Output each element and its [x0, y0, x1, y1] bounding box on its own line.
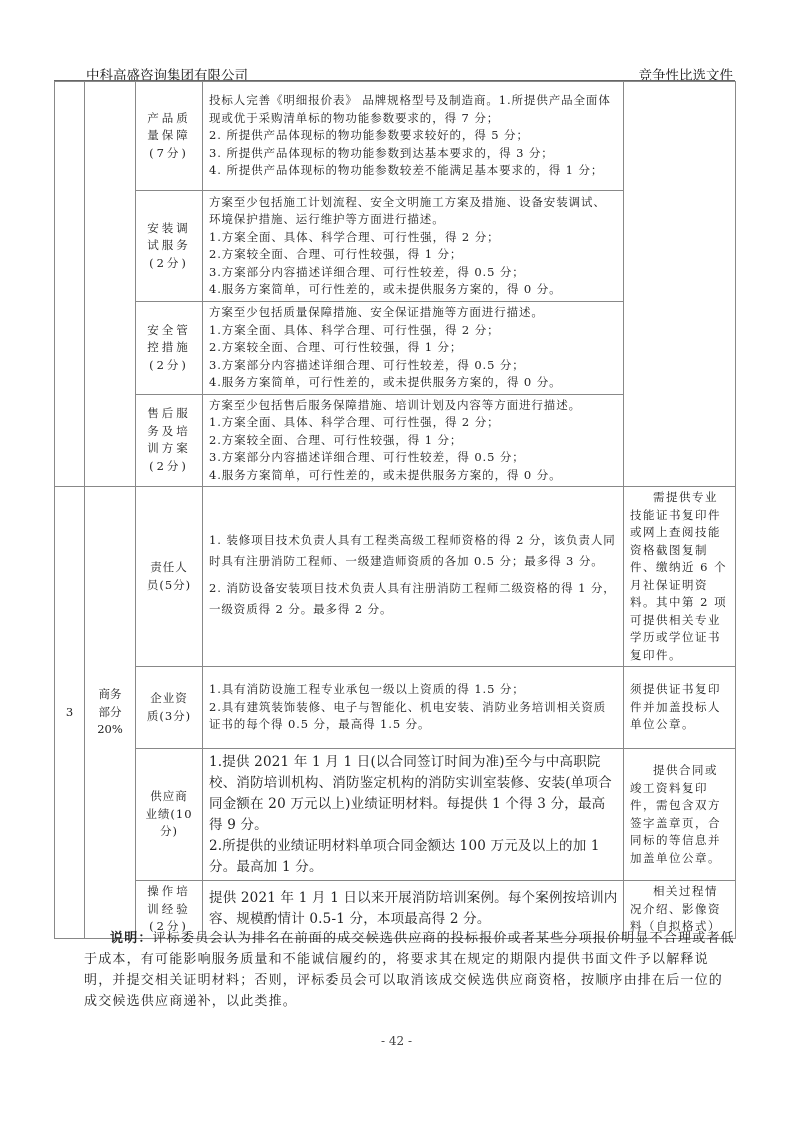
criterion-line: 操作培	[138, 883, 200, 901]
cell-criterion: 售后服 务及培 训方案 (2分)	[136, 394, 203, 487]
criterion-line: 责任人	[138, 559, 200, 577]
cell-content: 方案至少包括质量保障措施、安全保证措施等方面进行描述。 1.方案全面、具体、科学…	[203, 302, 624, 395]
content-paragraph: 2. 消防设备安装项目技术负责人具有注册消防工程师二级资格的得 1 分，一级资质…	[209, 578, 618, 620]
explanation-note: 说明：评标委员会认为排名在前面的成交候选供应商的投标报价或者某些分项报价明显不合…	[84, 928, 736, 1012]
table-row: 企业资 质(3分) 1.具有消防设施工程专业承包一级以上资质的得 1.5 分； …	[55, 667, 736, 749]
criterion-line: 控措施	[138, 339, 200, 357]
criterion-line: 企业资	[138, 690, 200, 708]
cell-criterion: 企业资 质(3分)	[136, 667, 203, 749]
table-row: 产品质 量保障 (7分) 投标人完善《明细报价表》 品牌规格型号及制造商。1.所…	[55, 82, 736, 191]
criterion-line: (2分)	[138, 357, 200, 375]
criterion-line: 训经验	[138, 901, 200, 919]
content-line: 1.方案全面、具体、科学合理、可行性强，得 2 分；	[209, 229, 618, 247]
criterion-line: (2分)	[138, 458, 200, 476]
cell-criterion: 供应商 业绩(10 分)	[136, 749, 203, 881]
section-category: 商务 部分 20%	[85, 487, 136, 939]
content-line: 2. 所提供产品体现标的物功能参数要求较好的，得 5 分；	[209, 127, 618, 145]
criterion-line: 售后服	[138, 405, 200, 423]
category-line: 部分	[85, 704, 135, 722]
cell-criterion: 安全管 控措施 (2分)	[136, 302, 203, 395]
cell-category	[85, 82, 136, 487]
content-line: 1.方案全面、具体、科学合理、可行性强，得 2 分；	[209, 414, 618, 432]
cell-number	[55, 82, 85, 487]
content-line: 2.所提供的业绩证明材料单项合同金额达 100 万元及以上的加 1 分。最高加 …	[209, 836, 618, 878]
content-line: 2.方案较全面、合理、可行性较强，得 1 分；	[209, 246, 618, 264]
criterion-line: 务及培	[138, 423, 200, 441]
cell-remark: 须提供证书复印件并加盖投标人单位公章。	[624, 667, 736, 749]
content-line: 方案至少包括售后服务保障措施、培训计划及内容等方面进行描述。	[209, 397, 618, 415]
criterion-line: 质(3分)	[138, 708, 200, 726]
criterion-line: 产品质	[138, 110, 200, 128]
note-label: 说明	[110, 931, 138, 946]
content-paragraph: 1. 装修项目技术负责人具有工程类高级工程师资格的得 2 分，该负责人同时具有注…	[209, 530, 618, 572]
criterion-line: (7分)	[138, 145, 200, 163]
criterion-line: 业绩(10	[138, 806, 200, 824]
content-line: 3. 所提供产品体现标的物功能参数到达基本要求的，得 3 分；	[209, 145, 618, 163]
content-line: 4.服务方案简单，可行性差的，或未提供服务方案的，得 0 分。	[209, 281, 618, 299]
cell-content: 1.具有消防设施工程专业承包一级以上资质的得 1.5 分； 2.具有建筑装饰装修…	[203, 667, 624, 749]
content-line: 1.方案全面、具体、科学合理、可行性强，得 2 分；	[209, 322, 618, 340]
content-line: 4. 所提供产品体现标的物功能参数较差不能满足基本要求的，得 1 分；	[209, 162, 618, 180]
criterion-line: 员(5分)	[138, 577, 200, 595]
cell-criterion: 责任人 员(5分)	[136, 487, 203, 667]
criterion-line: 训方案	[138, 440, 200, 458]
content-line: 4.服务方案简单，可行性差的，或未提供服务方案的，得 0 分。	[209, 374, 618, 392]
content-line: 方案至少包括施工计划流程、安全文明施工方案及措施、设备安装调试、环境保护措施、运…	[209, 194, 618, 229]
criterion-line: 供应商	[138, 788, 200, 806]
content-line: 2.方案较全面、合理、可行性较强，得 1 分；	[209, 339, 618, 357]
content-line: 2.方案较全面、合理、可行性较强，得 1 分；	[209, 432, 618, 450]
note-text: 评标委员会认为排名在前面的成交候选供应商的投标报价或者某些分项报价明显不合理或者…	[84, 931, 735, 1009]
cell-content: 1.提供 2021 年 1 月 1 日(以合同签订时间为准)至今与中高职院校、消…	[203, 749, 624, 881]
criterion-line: 安装调	[138, 220, 200, 238]
content-line: 4.服务方案简单，可行性差的，或未提供服务方案的，得 0 分。	[209, 467, 618, 485]
criterion-line: 分)	[138, 823, 200, 841]
content-line: 方案至少包括质量保障措施、安全保证措施等方面进行描述。	[209, 304, 618, 322]
cell-content: 方案至少包括施工计划流程、安全文明施工方案及措施、设备安装调试、环境保护措施、运…	[203, 191, 624, 302]
cell-content: 1. 装修项目技术负责人具有工程类高级工程师资格的得 2 分，该负责人同时具有注…	[203, 487, 624, 667]
note-colon: ：	[138, 931, 152, 946]
cell-criterion: 安装调 试服务 (2分)	[136, 191, 203, 302]
criterion-line: 量保障	[138, 127, 200, 145]
category-line: 商务	[85, 686, 135, 704]
table-row: 3 商务 部分 20% 责任人 员(5分) 1. 装修项目技术负责人具有工程类高…	[55, 487, 736, 667]
criterion-line: (2分)	[138, 255, 200, 273]
content-line: 1.提供 2021 年 1 月 1 日(以合同签订时间为准)至今与中高职院校、消…	[209, 752, 618, 836]
cell-remark: 需提供专业技能证书复印件或网上查阅技能资格截图复制件、缴纳近 6 个月社保证明资…	[624, 487, 736, 667]
content-line: 3.方案部分内容描述详细合理、可行性较差，得 0.5 分；	[209, 357, 618, 375]
criterion-line: 试服务	[138, 237, 200, 255]
cell-content: 投标人完善《明细报价表》 品牌规格型号及制造商。1.所提供产品全面体现或优于采购…	[203, 82, 624, 191]
content-line: 3.方案部分内容描述详细合理、可行性较差，得 0.5 分；	[209, 449, 618, 467]
content-line: 投标人完善《明细报价表》 品牌规格型号及制造商。1.所提供产品全面体现或优于采购…	[209, 92, 618, 127]
cell-remark: 提供合同或竣工资料复印件，需包含双方签字盖章页，合同标的等信息并加盖单位公章。	[624, 749, 736, 881]
table-row: 供应商 业绩(10 分) 1.提供 2021 年 1 月 1 日(以合同签订时间…	[55, 749, 736, 881]
category-line: 20%	[85, 721, 135, 739]
content-line: 2.具有建筑装饰装修、电子与智能化、机电安装、消防业务培训相关资质证书的每个得 …	[209, 699, 618, 734]
page-number: - 42 -	[0, 1034, 793, 1048]
content-line: 3.方案部分内容描述详细合理、可行性较差，得 0.5 分；	[209, 264, 618, 282]
cell-remark	[624, 82, 736, 487]
cell-content: 方案至少包括售后服务保障措施、培训计划及内容等方面进行描述。 1.方案全面、具体…	[203, 394, 624, 487]
section-number: 3	[55, 487, 85, 939]
scoring-table: 产品质 量保障 (7分) 投标人完善《明细报价表》 品牌规格型号及制造商。1.所…	[54, 81, 736, 939]
content-line: 提供 2021 年 1 月 1 日以来开展消防培训案例。每个案例按培训内容、规模…	[209, 888, 618, 930]
criterion-line: 安全管	[138, 322, 200, 340]
content-line: 1.具有消防设施工程专业承包一级以上资质的得 1.5 分；	[209, 681, 618, 699]
cell-criterion: 产品质 量保障 (7分)	[136, 82, 203, 191]
